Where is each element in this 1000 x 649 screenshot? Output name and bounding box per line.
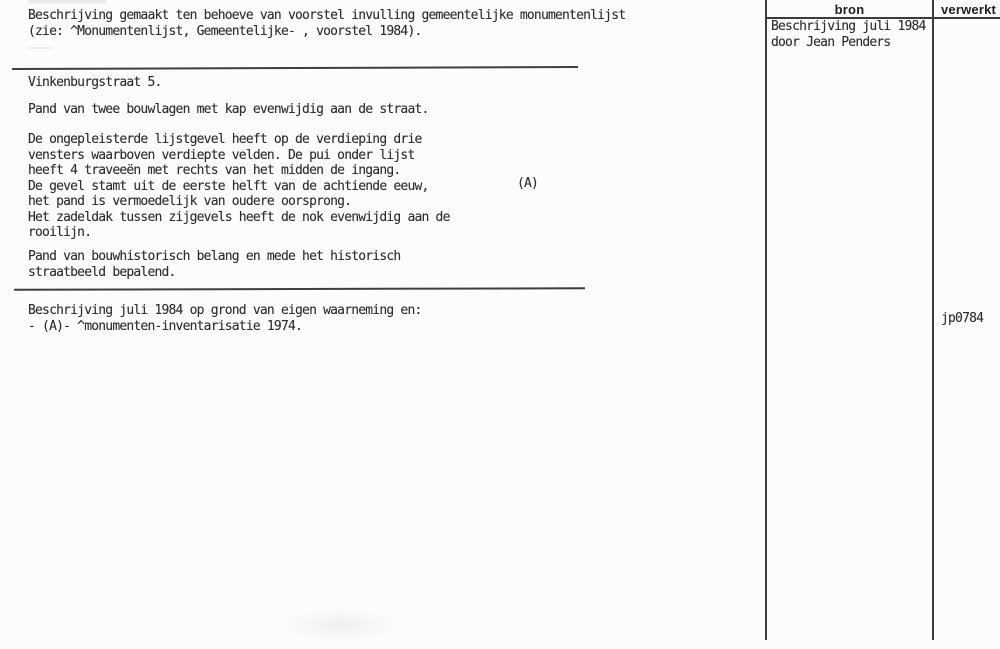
street-title: Vinkenburgstraat 5. xyxy=(28,75,162,91)
verwerkt-cell: jp0784 xyxy=(941,311,983,327)
scan-artifact-bottom xyxy=(280,608,400,642)
table-left-border xyxy=(765,0,767,640)
building-description: De ongepleisterde lijstgevel heeft op de… xyxy=(28,132,450,241)
sources-note: Beschrijving juli 1984 op grond van eige… xyxy=(28,303,422,334)
column-header-bron: bron xyxy=(766,2,933,17)
table-column-divider xyxy=(932,0,934,640)
bron-cell: Beschrijving juli 1984 door Jean Penders xyxy=(771,19,926,51)
source-marker-a: (A) xyxy=(517,176,538,192)
building-summary: Pand van twee bouwlagen met kap evenwijd… xyxy=(28,102,429,118)
scan-artifact-small xyxy=(27,47,53,49)
divider-line-bottom xyxy=(14,287,585,290)
scanned-document-page: Beschrijving gemaakt ten behoeve van voo… xyxy=(0,0,1000,649)
column-header-verwerkt: verwerkt xyxy=(941,2,996,17)
valuation-note: Pand van bouwhistorisch belang en mede h… xyxy=(28,249,400,280)
divider-line-top xyxy=(12,66,578,70)
scan-artifact-top xyxy=(28,0,106,3)
intro-note: Beschrijving gemaakt ten behoeve van voo… xyxy=(28,8,625,40)
